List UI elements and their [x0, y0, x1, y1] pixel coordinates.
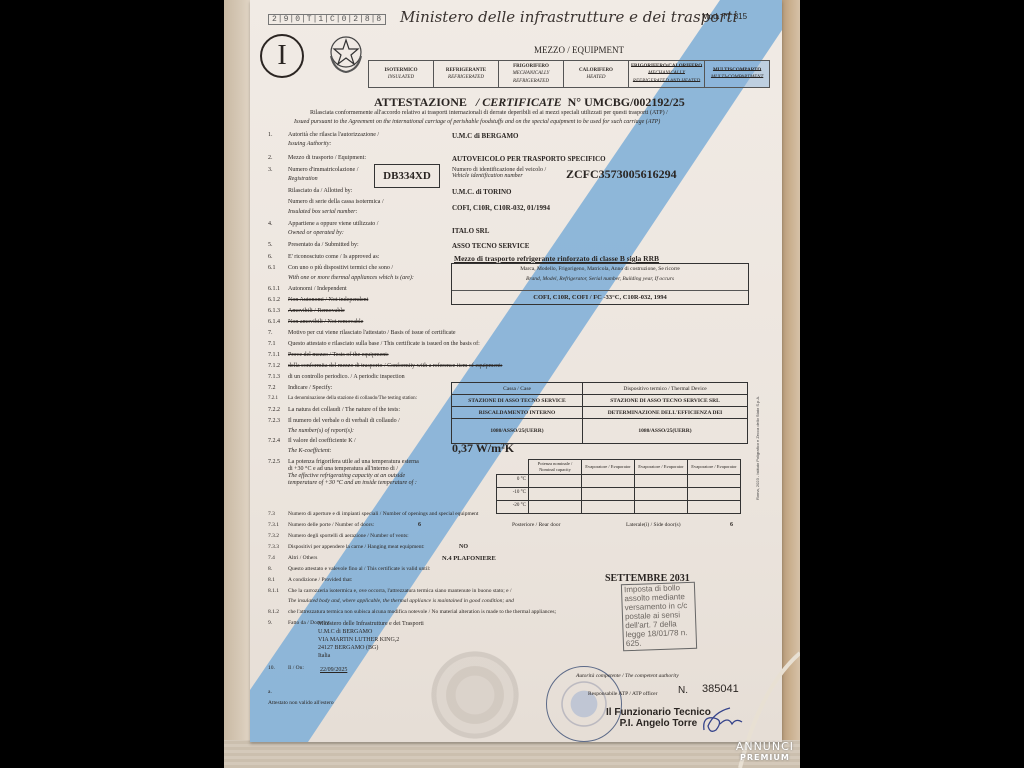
table-cell: RISCALDAMENTO INTERNO [452, 407, 583, 419]
table-cell: DETERMINAZIONE DELL'EFFICIENZA DEI [583, 407, 748, 419]
model-code: Mod. TT 815 [702, 12, 747, 21]
emblem-icon [326, 32, 366, 76]
embossed-seal-icon [430, 650, 520, 740]
allotted-by-value: U.M.C. di TORINO [452, 188, 511, 196]
equipment-heading: MEZZO / EQUIPMENT [534, 45, 624, 55]
approved-as-value: Mezzo di trasporto refrigerante rinforza… [454, 254, 659, 263]
equipment-type-table: ISOTERMICOINSULATED REFRIGERANTEREFRIGER… [368, 60, 770, 88]
refrigerating-capacity-table: Potenza nominale / Nominal capacityEvapo… [496, 459, 741, 514]
submitted-by-value: ASSO TECNO SERVICE [452, 242, 529, 250]
table-header: Potenza nominale / Nominal capacity [529, 460, 582, 475]
owner-value: ITALO SRL [452, 227, 489, 235]
k-coefficient-value: 0,37 W/m²K [452, 441, 514, 456]
table-cell: 1080/ASSO/25(UERR) [583, 419, 748, 444]
competent-authority-label: Autorità competente / The competent auth… [576, 673, 679, 679]
others-value: N.4 PLAFONIERE [442, 555, 496, 562]
country-mark-circle: I [260, 34, 304, 78]
temperature-label: -20 °C [497, 500, 529, 513]
watermark-line1: ANNUNCI [736, 740, 794, 753]
issuer-address: Ministero delle Infrastrutture e dei Tra… [318, 620, 424, 660]
equipment-type-insulated: ISOTERMICOINSULATED [369, 61, 434, 88]
intro-english: Issued pursuant to the Agreement on the … [294, 119, 660, 125]
atp-certificate: 2|9|0|T|1|C|0|2|8|8 Ministero delle infr… [250, 0, 782, 742]
table-cell: 1080/ASSO/25(UERR) [452, 419, 583, 444]
number-label: N. [678, 685, 688, 696]
equipment-type-refrig-heated: FRIGORIFERO/CALORIFEROMECHANICALLY REFRI… [629, 61, 705, 88]
temperature-label: -10 °C [497, 487, 529, 500]
table-header: Cassa / Case [452, 383, 583, 395]
stamp-duty-box: Imposta di bollo assolto mediante versam… [621, 582, 697, 651]
serial-code: 2|9|0|T|1|C|0|2|8|8 [268, 14, 386, 25]
vin-label: Numero di identificazione del veicolo /V… [452, 167, 546, 179]
thermal-appliance-box: Marca, Modello, Frigorigeno, Matricola, … [451, 263, 749, 305]
table-header: Evaporatore / Evaporator [688, 460, 741, 475]
atp-officer-label: Responsabile ATP / ATP officer [588, 691, 657, 697]
table-header: Dispositivo termico / Thermal Device [583, 383, 748, 395]
issue-date: 22/09/2025 [320, 667, 347, 673]
not-valid-abroad: Attestato non valido all'estero [268, 700, 334, 706]
wood-surface-left [224, 0, 250, 768]
doors-value: 6 [418, 522, 421, 528]
appliance-value: COFI, C10R, COFI / FC -33°C, C10R-032, 1… [452, 290, 748, 301]
table-header: Evaporatore / Evaporator [582, 460, 635, 475]
registration-number-box: DB334XD [374, 164, 440, 188]
document-photo: 2|9|0|T|1|C|0|2|8|8 Ministero delle infr… [224, 0, 800, 768]
signer-title: Il Funzionario Tecnico [606, 708, 711, 719]
side-door-value: 6 [730, 522, 733, 528]
signer-name: P.I. Angelo Torre [606, 719, 711, 730]
signer-block: Il Funzionario Tecnico P.I. Angelo Torre [606, 708, 711, 729]
table-cell: STAZIONE DI ASSO TECNO SERVICE SRL [583, 395, 748, 407]
equipment-type-multi: MULTISCOMPARTOMULTI-COMPARTMENT [705, 61, 770, 88]
watermark: ANNUNCI PREMIUM [736, 740, 794, 762]
equipment-type-refrigerated: REFRIGERANTEREFRIGERATED [434, 61, 499, 88]
issuing-authority-value: U.M.C di BERGAMO [452, 132, 519, 140]
wood-surface-bottom [224, 740, 800, 768]
equipment-type-mech-refrigerated: FRIGORIFEROMECHANICALLY REFRIGERATED [499, 61, 564, 88]
testing-station-table: Cassa / CaseDispositivo termico / Therma… [451, 382, 748, 444]
appliance-label-en: Brand, Model, Refrigerator, Serial numbe… [452, 276, 748, 282]
certificate-title: ATTESTAZIONE / CERTIFICATE N° UMCBG/0021… [374, 95, 685, 110]
table-cell: STAZIONE DI ASSO TECNO SERVICE [452, 395, 583, 407]
appliance-label-it: Marca, Modello, Frigorigeno, Matricola, … [452, 266, 748, 272]
equipment-value: AUTOVEICOLO PER TRASPORTO SPECIFICO [452, 155, 606, 163]
box-serial-value: COFI, C10R, C10R-032, 01/1994 [452, 204, 550, 212]
equipment-type-heated: CALORIFEROHEATED [564, 61, 629, 88]
vin-value: ZCFC3573005616294 [566, 167, 677, 182]
temperature-label: 0 °C [497, 474, 529, 487]
printer-side-text: Roma, 2023 - Istituto Poligrafico e Zecc… [755, 396, 760, 500]
ministry-title: Ministero delle infrastrutture e dei tra… [400, 8, 737, 26]
watermark-line2: PREMIUM [736, 753, 794, 762]
intro-italian: Rilasciata conformemente all'accordo rel… [310, 110, 668, 116]
rear-door-label: Posteriore / Rear door [512, 522, 560, 528]
side-door-label: Laterale(i) / Side door(s) [626, 522, 681, 528]
hanging-meat-value: NO [459, 544, 468, 550]
table-header: Evaporatore / Evaporator [635, 460, 688, 475]
